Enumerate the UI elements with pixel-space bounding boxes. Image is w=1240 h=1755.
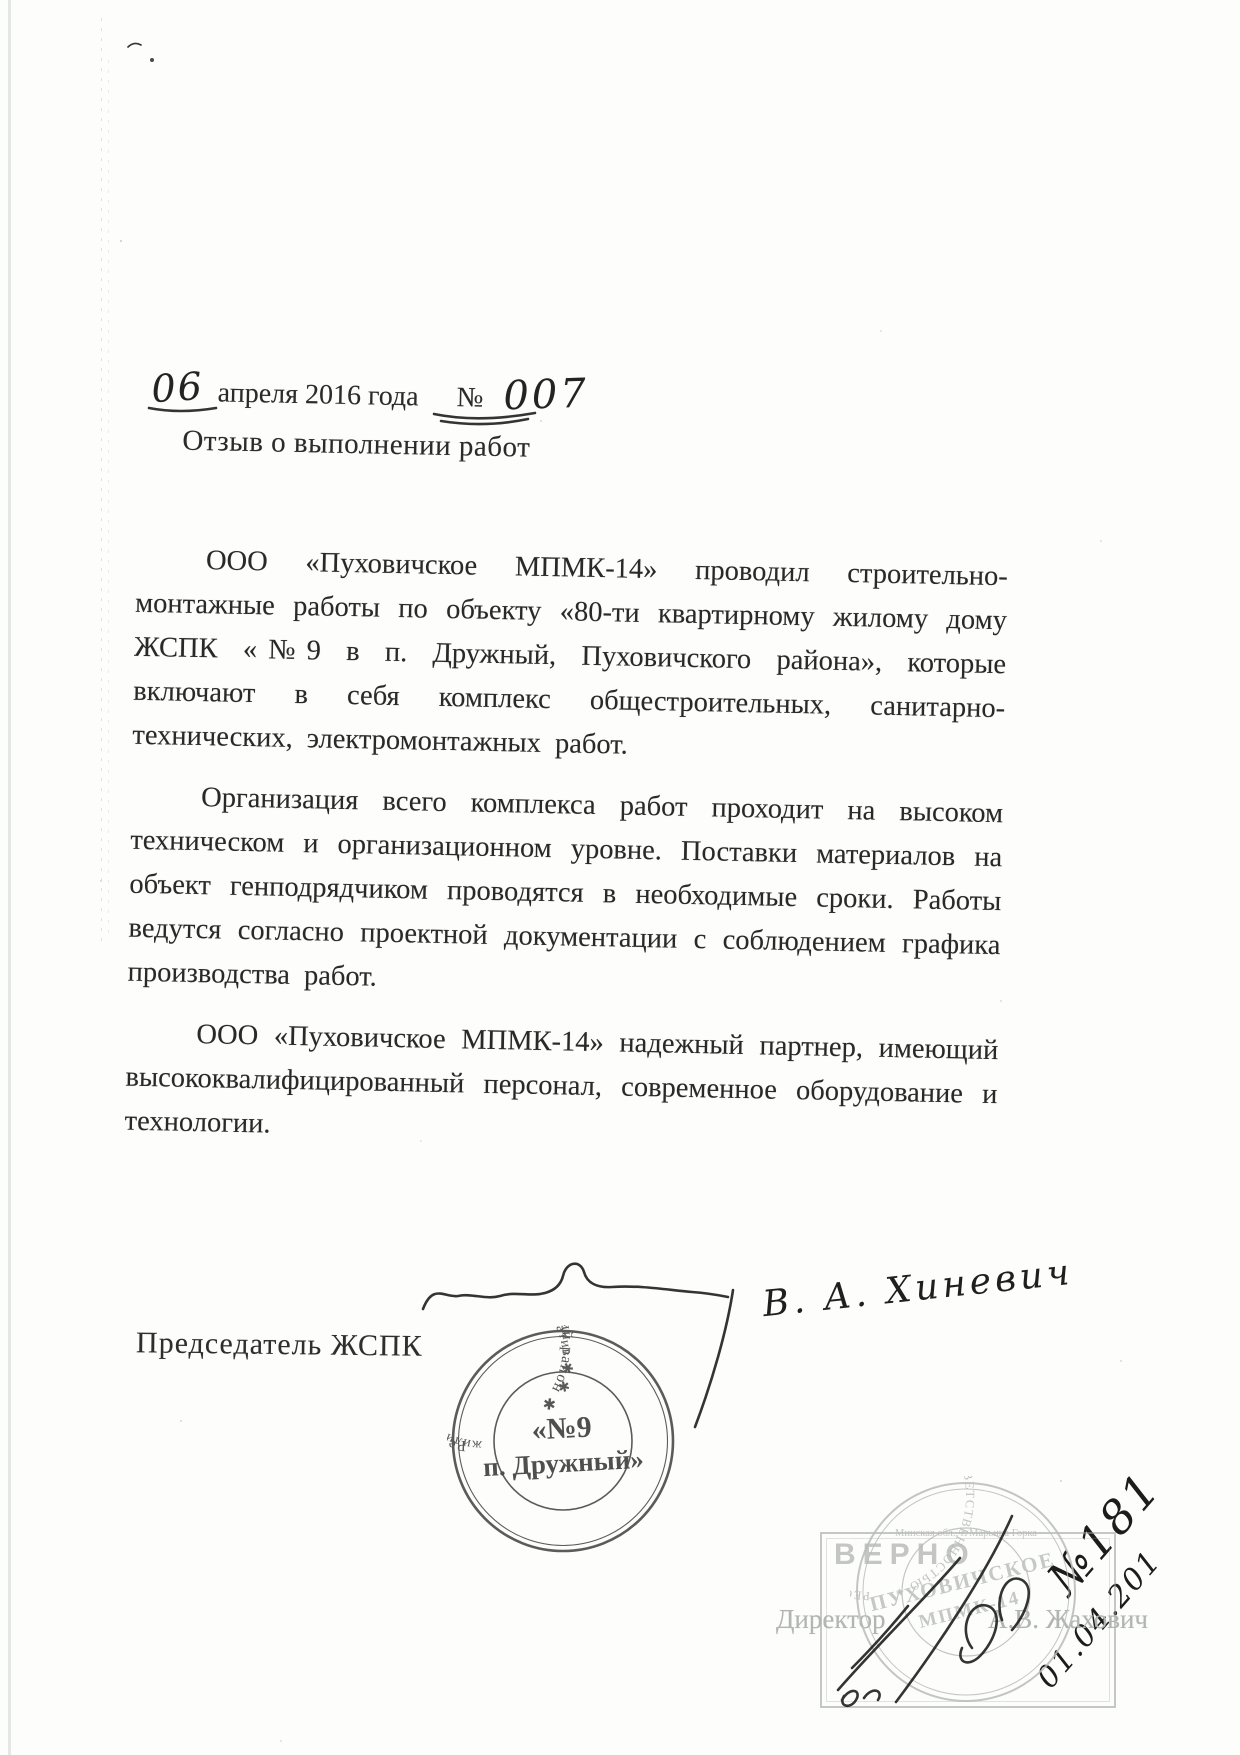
company-round-stamp-faint: РЕСПУБЛИКА БЕЛАРУСЬ ✦ ОБЩЕСТВО С ОГРАНИЧ… — [850, 1476, 1082, 1708]
stamp-center-locality: п. Дружный» — [482, 1444, 644, 1482]
scan-edge-shadow — [8, 0, 11, 1755]
paragraph: Организация всего комплекса работ проход… — [127, 775, 1003, 1012]
scan-specks — [120, 240, 122, 242]
handwritten-day: 06 — [150, 364, 205, 411]
handwritten-signer-name: В. А. Хиневич — [761, 1252, 1075, 1325]
stamp-center-number: «№9 — [531, 1410, 593, 1446]
scan-dust-line — [101, 18, 102, 948]
paragraph: ООО «Пуховичское МПМК-14» надежный партн… — [124, 1012, 998, 1161]
number-sign-label: № — [456, 382, 483, 415]
signer-role: Председатель ЖСПК — [136, 1326, 423, 1363]
date-line: 06 апреля 2016 года № 007 — [151, 364, 589, 419]
handwritten-doc-number: 007 — [503, 371, 590, 420]
company-stamp-locality: Минская обл., г. Марьина Горка — [895, 1528, 1037, 1539]
scan-mark — [128, 43, 141, 47]
date-month-year: апреля 2016 года — [217, 377, 419, 413]
scanned-document-page: 06 апреля 2016 года № 007 Отзыв о выполн… — [0, 0, 1240, 1755]
paragraph: ООО «Пуховичское МПМК-14» проводил строи… — [132, 538, 1008, 775]
paragraphs-block: ООО «Пуховичское МПМК-14» проводил строи… — [124, 538, 1008, 1178]
scan-dust-line — [108, 60, 109, 940]
letter-body: 06 апреля 2016 года № 007 Отзыв о выполн… — [147, 0, 1027, 18]
round-stamp: Республика Беларусь ✱ Минская область ✱ … — [447, 1325, 679, 1557]
scan-dot — [150, 58, 154, 62]
document-title: Отзыв о выполнении работ — [182, 425, 531, 465]
